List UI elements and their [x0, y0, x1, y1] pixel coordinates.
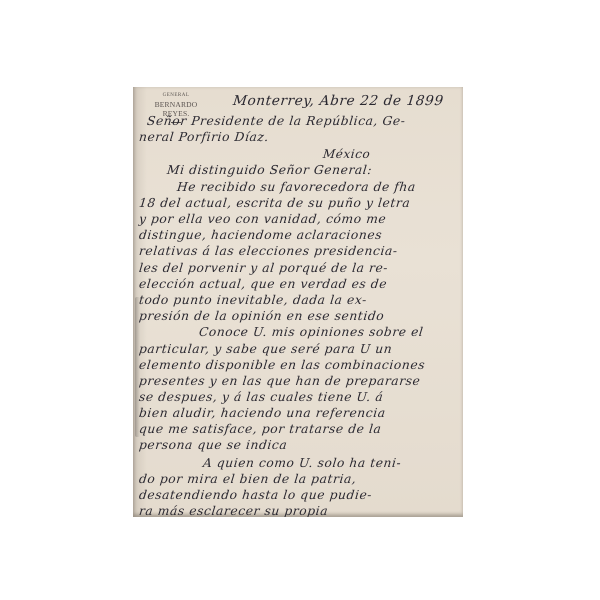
letter-line: presentes y en las que han de prepararse [138, 374, 463, 388]
letterhead-rank: GENERAL [141, 93, 211, 98]
letter-paper: GENERAL BERNARDO REYES. Monterrey, Abre … [133, 87, 463, 517]
letter-line: todo punto inevitable, dada la ex- [138, 293, 463, 307]
letter-line: elemento disponible en las combinaciones [138, 358, 463, 372]
letter-line: México [322, 147, 463, 161]
letter-line: neral Porfirio Díaz. [138, 130, 463, 144]
letter-line: particular, y sabe que seré para U un [138, 342, 463, 356]
letter-line: Conoce U. mis opiniones sobre el [198, 325, 463, 339]
letter-line: desatendiendo hasta lo que pudie- [138, 488, 463, 502]
letter-line: presión de la opinión en ese sentido [138, 309, 463, 323]
letter-line: elección actual, que en verdad es de [138, 277, 463, 291]
letter-line: Señor Presidente de la República, Ge- [146, 114, 463, 128]
page-canvas: GENERAL BERNARDO REYES. Monterrey, Abre … [0, 0, 600, 600]
letter-salutation: Mi distinguido Señor General: [166, 163, 463, 177]
letter-line: do por mira el bien de la patria, [138, 472, 463, 486]
letter-line: A quien como U. solo ha teni- [202, 456, 463, 470]
letter-line: les del porvenir y al porqué de la re- [138, 261, 463, 275]
letter-line: distingue, haciendome aclaraciones [138, 228, 463, 242]
letter-line: y por ella veo con vanidad, cómo me [138, 212, 463, 226]
letter-line: 18 del actual, escrita de su puño y letr… [138, 196, 463, 210]
letter-line: persona que se indica [138, 438, 463, 452]
letter-line: bien aludir, haciendo una referencia [138, 406, 463, 420]
letter-line: relativas á las elecciones presidencia- [138, 244, 463, 258]
letter-line: ra más esclarecer su propia [138, 504, 463, 517]
dateline: Monterrey, Abre 22 de 1899 [232, 93, 463, 109]
letter-line: se despues, y á las cuales tiene U. á [138, 390, 463, 404]
letter-line: que me satisface, por tratarse de la [138, 422, 463, 436]
letter-line: He recibido su favorecedora de fha [176, 180, 463, 194]
